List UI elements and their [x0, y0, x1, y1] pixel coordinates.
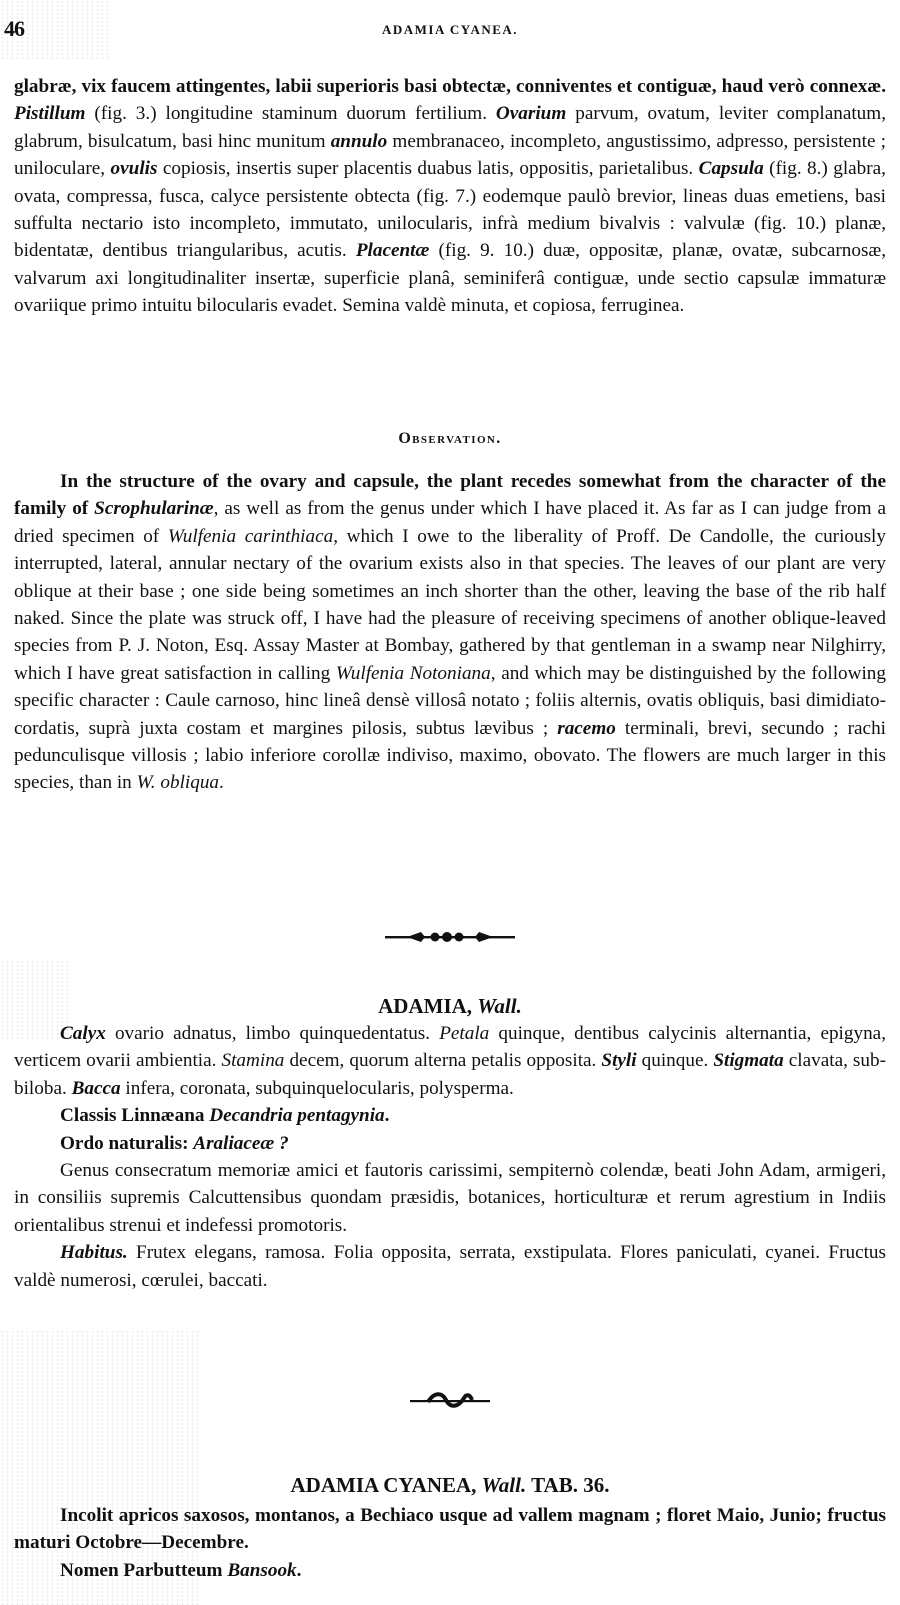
text-run: Stigmata [713, 1050, 783, 1071]
text-run: decem, quorum alterna petalis opposita. [284, 1050, 601, 1071]
text-run: Bacca [72, 1078, 121, 1099]
text-run: Capsula [699, 158, 764, 179]
swash-ornament-icon [0, 1392, 900, 1408]
text-run: copiosis, insertis super placentis duabu… [157, 158, 698, 179]
book-page: 46 ADAMIA CYANEA. glabræ, vix faucem att… [0, 0, 900, 1605]
text-run: quinque. [637, 1050, 714, 1071]
page-header: 46 ADAMIA CYANEA. [0, 12, 900, 42]
genus-heading: ADAMIA, Wall. [0, 994, 900, 1019]
habitat-text: Incolit apricos saxosos, montanos, a Bec… [14, 1502, 886, 1557]
plate-reference: TAB. 36. [526, 1473, 609, 1497]
text-run: Wulfenia carinthiaca [168, 526, 333, 547]
text-run: . [219, 772, 224, 793]
text-run: glabræ, vix faucem attingentes, labii su… [14, 76, 886, 97]
classis-line: Classis Linnæana Decandria pentagynia. [14, 1102, 886, 1129]
species-heading: ADAMIA CYANEA, Wall. TAB. 36. [0, 1473, 900, 1498]
ordo-line: Ordo naturalis: Araliaceæ ? [14, 1130, 886, 1157]
species-title: ADAMIA CYANEA, [291, 1473, 482, 1497]
observation-paragraph: In the structure of the ovary and capsul… [14, 468, 886, 797]
running-title: ADAMIA CYANEA. [0, 22, 900, 38]
text-run: Petala [439, 1023, 489, 1044]
text-run: racemo [557, 718, 616, 739]
text-run: Scrophularinæ [94, 498, 213, 519]
text-run: (fig. 3.) longitudine staminum duorum fe… [85, 103, 495, 124]
text-run: Calyx [60, 1023, 106, 1044]
description-paragraph: glabræ, vix faucem attingentes, labii su… [14, 73, 886, 320]
text-run: Pistillum [14, 103, 85, 124]
species-section: Incolit apricos saxosos, montanos, a Bec… [14, 1502, 886, 1584]
text-run: Styli [601, 1050, 636, 1071]
text-run: annulo [331, 131, 388, 152]
text-run: ovario adnatus, limbo quinquedentatus. [106, 1023, 439, 1044]
text-run: Stamina [222, 1050, 285, 1071]
observation-heading: Observation. [0, 430, 900, 448]
habitus-line: Habitus. Frutex elegans, ramosa. Folia o… [14, 1239, 886, 1294]
genus-section: Calyx ovario adnatus, limbo quinquedenta… [14, 1020, 886, 1294]
nomen-line: Nomen Parbutteum Bansook. [14, 1557, 886, 1584]
observation-text: In the structure of the ovary and capsul… [14, 468, 886, 797]
text-run: infera, coronata, subquinquelocularis, p… [121, 1078, 514, 1099]
text-run: Wulfenia Notoniana [336, 663, 491, 684]
generic-character-text: Calyx ovario adnatus, limbo quinquedenta… [14, 1020, 886, 1102]
text-run: W. obliqua [137, 772, 219, 793]
description-text: glabræ, vix faucem attingentes, labii su… [14, 73, 886, 320]
genus-author: Wall. [477, 994, 522, 1018]
divider-ornament-icon [0, 930, 900, 944]
dedication-text: Genus consecratum memoriæ amici et fauto… [14, 1157, 886, 1239]
text-run: ovulis [111, 158, 158, 179]
species-author: Wall. [482, 1473, 527, 1497]
text-run: , which I owe to the liberality of Proff… [14, 526, 886, 684]
text-run: Ovarium [496, 103, 566, 124]
text-run: Placentæ [356, 240, 430, 261]
genus-title: ADAMIA, [378, 994, 477, 1018]
